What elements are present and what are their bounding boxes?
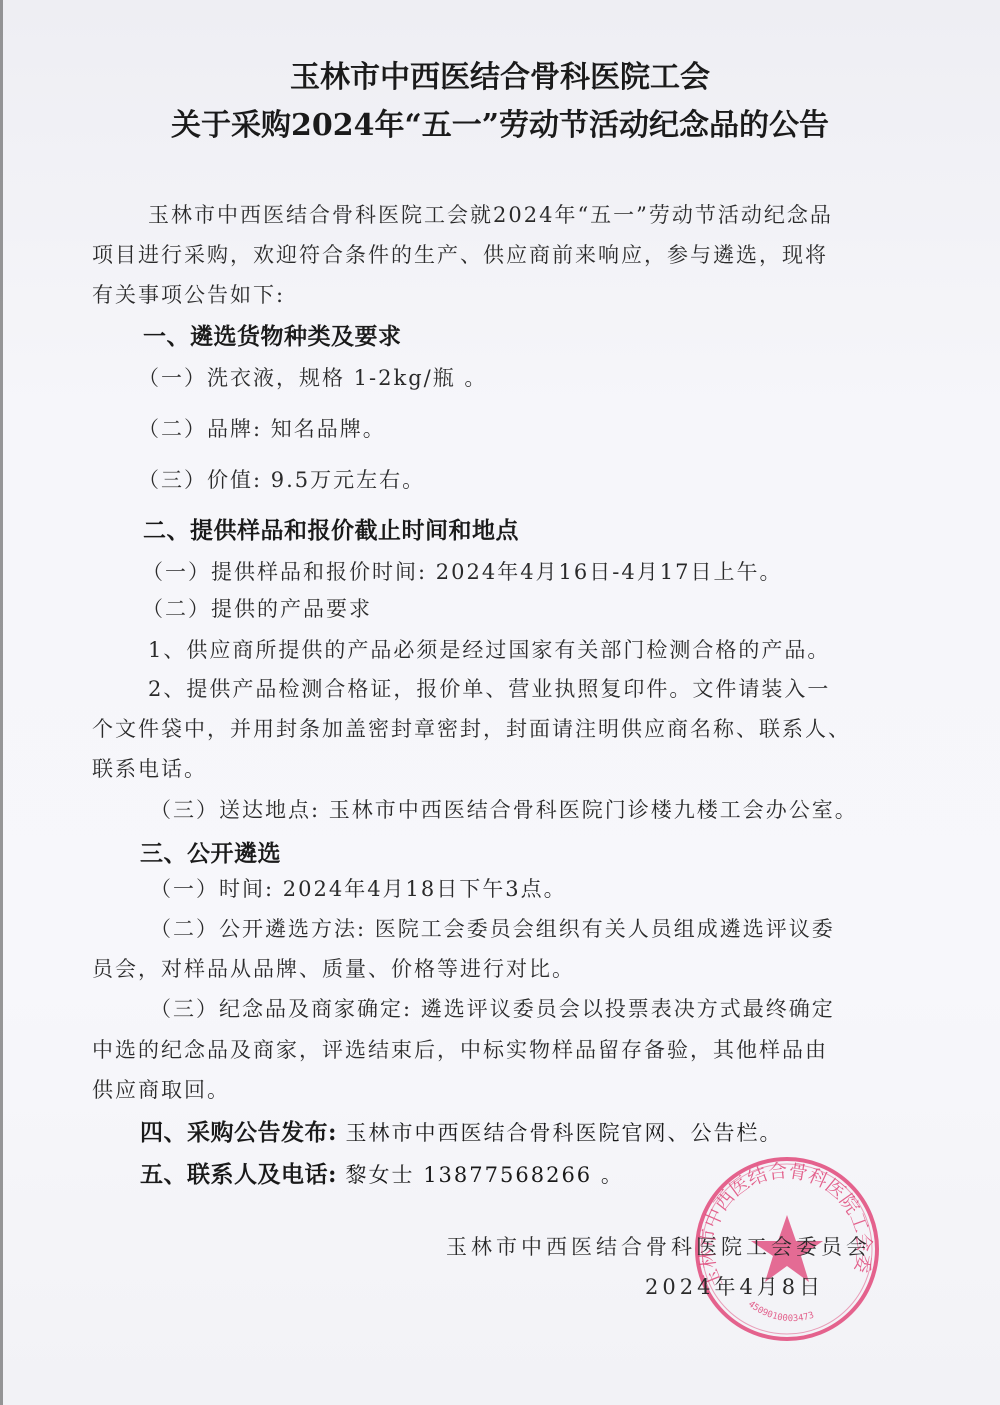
section-3-item-3-line-2: 中选的纪念品及商家，评选结束后，中标实物样品留存备验，其他样品由 — [92, 1038, 828, 1062]
title-line-1: 玉林市中西医结合骨科医院工会 — [0, 52, 1000, 96]
section-1-item-2: （二）品牌: 知名品牌。 — [138, 417, 386, 441]
section-5-heading: 五、联系人及电话: — [140, 1161, 337, 1188]
section-2-req-2-line-2: 个文件袋中，并用封条加盖密封章密封，封面请注明供应商名称、联系人、 — [92, 717, 851, 741]
svg-text:4509010003473: 4509010003473 — [746, 1299, 815, 1324]
signature-date: 2024年4月8日 — [645, 1275, 824, 1299]
section-2-item-1: （一）提供样品和报价时间: 2024年4月16日-4月17日上午。 — [142, 560, 782, 584]
stamp-code: 4509010003473 — [746, 1299, 815, 1324]
section-2-heading: 二、提供样品和报价截止时间和地点 — [143, 512, 519, 545]
section-2-req-2-line-3: 联系电话。 — [92, 757, 207, 781]
section-3-item-3-line-3: 供应商取回。 — [92, 1078, 230, 1102]
section-4-heading: 四、采购公告发布: — [140, 1119, 337, 1146]
signature-org: 玉林市中西医结合骨科医院工会委员会 — [446, 1235, 871, 1259]
section-4: 四、采购公告发布: 玉林市中西医结合骨科医院官网、公告栏。 — [140, 1114, 783, 1147]
section-4-text: 玉林市中西医结合骨科医院官网、公告栏。 — [346, 1121, 783, 1145]
document-page: 玉林市中西医结合骨科医院工会 关于采购2024年“五一”劳动节活动纪念品的公告 … — [0, 0, 1000, 1405]
section-3-item-2-line-2: 员会，对样品从品牌、质量、价格等进行对比。 — [92, 957, 575, 981]
section-2-req-1: 1、供应商所提供的产品必须是经过国家有关部门检测合格的产品。 — [148, 638, 830, 662]
section-1-heading: 一、遴选货物种类及要求 — [143, 318, 402, 351]
intro-line-3: 有关事项公告如下: — [92, 283, 285, 307]
section-3-item-3-line-1: （三）纪念品及商家确定: 遴选评议委员会以投票表决方式最终确定 — [150, 997, 835, 1021]
intro-line-2: 项目进行采购，欢迎符合条件的生产、供应商前来响应，参与遴选，现将 — [92, 243, 828, 267]
svg-text:玉林市中西医结合骨科医院工会委员会: 玉林市中西医结合骨科医院工会委员会 — [693, 1155, 875, 1292]
title-line-2: 关于采购2024年“五一”劳动节活动纪念品的公告 — [0, 100, 1000, 144]
section-3-item-1: （一）时间: 2024年4月18日下午3点。 — [150, 877, 567, 901]
section-5: 五、联系人及电话: 黎女士 13877568266 。 — [140, 1156, 624, 1189]
section-5-text: 黎女士 13877568266 。 — [346, 1163, 624, 1187]
intro-line-1: 玉林市中西医结合骨科医院工会就2024年“五一”劳动节活动纪念品 — [148, 203, 833, 227]
section-2-item-3: （三）送达地点: 玉林市中西医结合骨科医院门诊楼九楼工会办公室。 — [150, 798, 858, 822]
section-3-item-2-line-1: （二）公开遴选方法: 医院工会委员会组织有关人员组成遴选评议委 — [150, 917, 835, 941]
scan-edge — [0, 0, 3, 1405]
stamp-text: 玉林市中西医结合骨科医院工会委员会 — [693, 1155, 875, 1292]
section-1-item-1: （一）洗衣液，规格 1-2kg/瓶 。 — [138, 366, 487, 390]
section-2-item-2: （二）提供的产品要求 — [142, 597, 372, 621]
section-1-item-3: （三）价值: 9.5万元左右。 — [138, 468, 425, 492]
section-2-req-2-line-1: 2、提供产品检测合格证，报价单、营业执照复印件。文件请装入一 — [148, 677, 830, 701]
section-3-heading: 三、公开遴选 — [140, 835, 281, 868]
